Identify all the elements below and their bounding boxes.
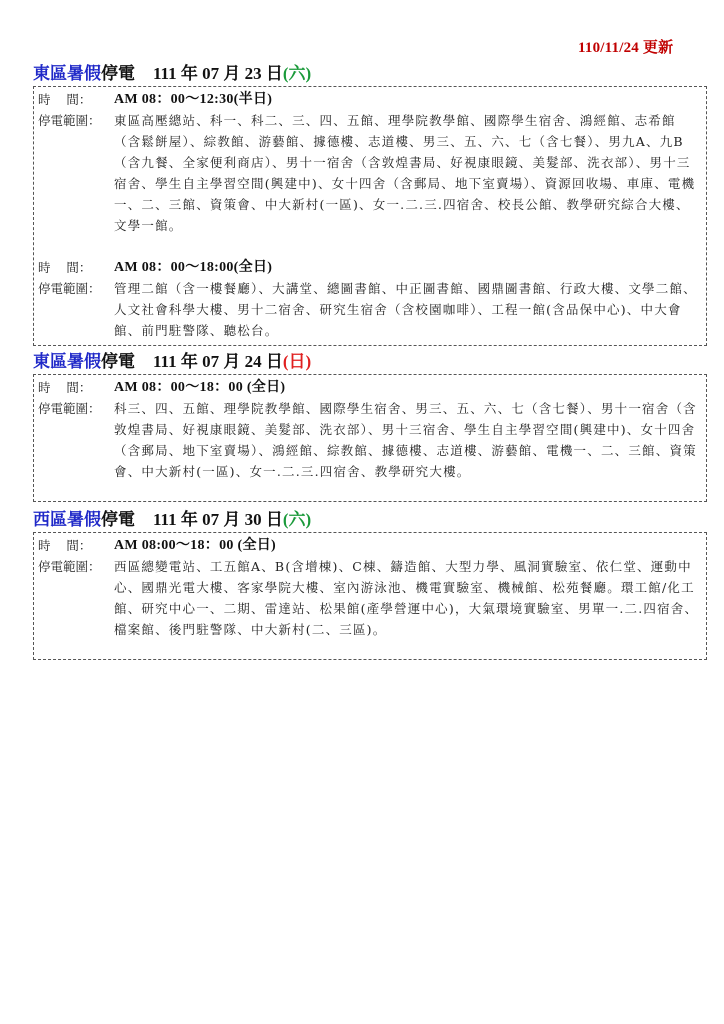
time-value: AM 08：00～12:30(半日) — [114, 89, 702, 110]
weekday: (日) — [283, 352, 311, 371]
scope-value: 科三、四、五館、理學院教學館、國際學生宿舍、男三、五、六、七（含七餐）、男十一宿… — [114, 398, 702, 482]
zone-label: 東區暑假 — [33, 352, 101, 371]
outage-details-box: 時 間： AM 08：00～12:30(半日) 停電範圍： 東區高壓總站、科一、… — [33, 86, 707, 346]
time-value: AM 08：00～18:00(全日) — [114, 257, 702, 278]
time-value: AM 08:00～18：00 (全日) — [114, 535, 702, 556]
section-heading: 西區暑假停電111 年 07 月 30 日(六) — [33, 508, 713, 532]
scope-row: 停電範圍： 西區總變電站、工五館A、B(含增棟)、C棟、鑄造館、大型力學、風洞實… — [38, 556, 702, 640]
scope-row: 停電範圍： 東區高壓總站、科一、科二、三、四、五館、理學院教學館、國際學生宿舍、… — [38, 110, 702, 236]
outage-details-box: 時 間： AM 08：00～18：00 (全日) 停電範圍： 科三、四、五館、理… — [33, 374, 707, 502]
scope-label: 停電範圍： — [38, 556, 114, 640]
outage-label: 停電 — [101, 510, 135, 529]
zone-label: 西區暑假 — [33, 510, 101, 529]
time-row: 時 間： AM 08：00～18：00 (全日) — [38, 377, 702, 398]
time-value: AM 08：00～18：00 (全日) — [114, 377, 702, 398]
weekday: (六) — [283, 510, 311, 529]
time-label: 時 間： — [38, 89, 114, 110]
zone-label: 東區暑假 — [33, 64, 101, 83]
scope-label: 停電範圍： — [38, 398, 114, 482]
scope-value: 管理二館（含一樓餐廳）、大講堂、總圖書館、中正圖書館、國鼎圖書館、行政大樓、文學… — [114, 278, 702, 341]
time-label: 時 間： — [38, 377, 114, 398]
outage-details-box: 時 間： AM 08:00～18：00 (全日) 停電範圍： 西區總變電站、工五… — [33, 532, 707, 660]
time-label: 時 間： — [38, 257, 114, 278]
scope-value: 西區總變電站、工五館A、B(含增棟)、C棟、鑄造館、大型力學、風洞實驗室、依仁堂… — [114, 556, 702, 640]
scope-label: 停電範圍： — [38, 110, 114, 236]
time-row: 時 間： AM 08：00～12:30(半日) — [38, 89, 702, 110]
section-east-0724: 東區暑假停電111 年 07 月 24 日(日) 時 間： AM 08：00～1… — [33, 350, 713, 502]
section-west-0730: 西區暑假停電111 年 07 月 30 日(六) 時 間： AM 08:00～1… — [33, 508, 713, 660]
outage-label: 停電 — [101, 64, 135, 83]
section-heading: 東區暑假停電111 年 07 月 23 日(六) — [33, 62, 713, 86]
scope-row: 停電範圍： 科三、四、五館、理學院教學館、國際學生宿舍、男三、五、六、七（含七餐… — [38, 398, 702, 482]
scope-value: 東區高壓總站、科一、科二、三、四、五館、理學院教學館、國際學生宿舍、鴻經館、志希… — [114, 110, 702, 236]
time-row: 時 間： AM 08：00～18:00(全日) — [38, 257, 702, 278]
outage-date: 111 年 07 月 24 日 — [153, 352, 283, 371]
time-label: 時 間： — [38, 535, 114, 556]
section-east-0723: 東區暑假停電111 年 07 月 23 日(六) 時 間： AM 08：00～1… — [33, 62, 713, 346]
outage-date: 111 年 07 月 23 日 — [153, 64, 283, 83]
scope-row: 停電範圍： 管理二館（含一樓餐廳）、大講堂、總圖書館、中正圖書館、國鼎圖書館、行… — [38, 278, 702, 341]
outage-label: 停電 — [101, 352, 135, 371]
weekday: (六) — [283, 64, 311, 83]
outage-date: 111 年 07 月 30 日 — [153, 510, 283, 529]
section-heading: 東區暑假停電111 年 07 月 24 日(日) — [33, 350, 713, 374]
update-note: 110/11/24 更新 — [578, 36, 673, 57]
time-row: 時 間： AM 08:00～18：00 (全日) — [38, 535, 702, 556]
scope-label: 停電範圍： — [38, 278, 114, 341]
